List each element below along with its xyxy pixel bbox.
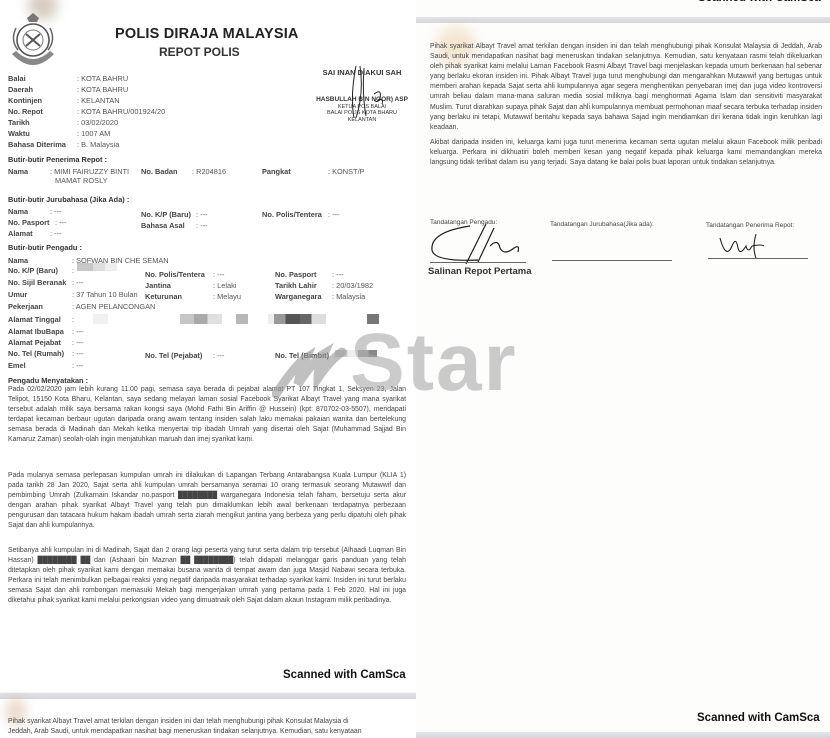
- value: : ---: [72, 361, 84, 370]
- value: : ---: [50, 207, 62, 216]
- page-divider: [416, 17, 830, 23]
- value: :: [72, 315, 74, 324]
- statement-paragraph-2: Pada mulanya semasa perlepasan kumpulan …: [8, 471, 406, 532]
- label: Bahasa Asal: [141, 221, 185, 230]
- value-tarikh: : 03/02/2020: [77, 118, 118, 127]
- redaction-block: [93, 314, 108, 324]
- signature-label-penerima: Tandatangan Penerima Repot:: [706, 222, 794, 229]
- label: Bahasa Diterima: [8, 140, 66, 149]
- receiver-signature-icon: [716, 232, 776, 260]
- value-no-repot: : KOTA BAHRU/001924/20: [77, 107, 165, 116]
- official-stamp: SAI INAN DIAKUI SAH HASBULLAH BIN NOOR) …: [312, 68, 412, 123]
- field-no-repot: No. Repot: [8, 107, 43, 116]
- redaction-block: [77, 263, 117, 271]
- page-divider: [416, 732, 830, 738]
- label: Alamat IbuBapa: [8, 327, 64, 336]
- label: No. Polis/Tentera: [262, 210, 322, 219]
- field-balai: Balai: [8, 74, 26, 83]
- signature-line: [430, 262, 526, 263]
- label: Keturunan: [145, 292, 182, 301]
- value-kontinjen: : KELANTAN: [77, 96, 120, 105]
- value-tarikh-lahir: : 20/03/1982: [332, 281, 373, 290]
- statement-paragraph-1: Pada 02/02/2020 jam lebih kurang 11.00 p…: [8, 385, 406, 446]
- label: Alamat Pejabat: [8, 338, 61, 347]
- value: : ---: [72, 278, 84, 287]
- label: Alamat: [8, 229, 33, 238]
- label: No. Pasport: [8, 218, 49, 227]
- statement-paragraph-4-repeat: Pihak syarikat Albayt Travel amat terkil…: [8, 717, 408, 736]
- label: Tarikh Lahir: [275, 281, 317, 290]
- signature-line: [708, 258, 808, 259]
- police-crest-icon: [6, 12, 60, 70]
- value-daerah: : KOTA BAHRU: [77, 85, 128, 94]
- value: : ---: [328, 210, 340, 219]
- value-no-badan: : R204816: [192, 167, 226, 176]
- value: : ---: [213, 351, 225, 360]
- value: : ---: [196, 221, 208, 230]
- section-pengadu: Butir-butir Pengadu :: [8, 243, 82, 252]
- signature-line: [552, 260, 672, 261]
- label: No. Tel (Rumah): [8, 349, 64, 358]
- value: : ---: [55, 218, 67, 227]
- value-pangkat: : KONST/P: [328, 167, 365, 176]
- page-divider: [0, 693, 416, 699]
- document-title: POLIS DIRAJA MALAYSIA: [115, 26, 299, 42]
- report-page-2: Scanned with CamSca Pihak syarikat Albay…: [416, 0, 830, 738]
- text-line: Jeddah, Arab Saudi, untuk mendapatkan na…: [8, 727, 408, 737]
- statement-paragraph-5: Akibat daripada insiden ini, keluarga ka…: [430, 138, 822, 168]
- camscanner-header: Scanned with CamSca: [698, 0, 821, 4]
- value-warganegara: : Malaysia: [332, 292, 365, 301]
- section-penerima: Butir-butir Penerima Repot :: [8, 155, 107, 164]
- label: Pekerjaan: [8, 302, 43, 311]
- value: :: [72, 266, 74, 275]
- salinan-repot-pertama: Salinan Repot Pertama: [428, 266, 531, 277]
- value: : ---: [72, 327, 84, 336]
- statement-paragraph-3: Setibanya ahli kumpulan ini di Madinah, …: [8, 546, 406, 607]
- field-daerah: Daerah: [8, 85, 33, 94]
- section-jurubahasa: Butir-butir Jurubahasa (Jika Ada) :: [8, 195, 129, 204]
- value-balai: : KOTA BAHRU: [77, 74, 128, 83]
- label: No. Pasport: [275, 270, 316, 279]
- camscanner-footer: Scanned with CamSca: [283, 669, 406, 681]
- label: No. Sijil Beranak: [8, 278, 66, 287]
- label: No. K/P (Baru): [8, 266, 58, 275]
- label: Waktu: [8, 129, 30, 138]
- value-penerima-nama: : MIMI FAIRUZZY BINTI: [50, 167, 129, 176]
- stamp-heading: SAI INAN DIAKUI SAH: [312, 68, 412, 77]
- value-bahasa-diterima: : B. Malaysia: [77, 140, 119, 149]
- signature-label-jurubahasa: Tandatangan Jurubahasa(Jika ada):: [550, 221, 654, 228]
- value-waktu: : 1007 AM: [77, 129, 110, 138]
- value: : ---: [72, 349, 84, 358]
- redaction-block: [335, 350, 377, 357]
- value-jantina: : Lelaki: [213, 281, 236, 290]
- label: Nama: [8, 167, 28, 176]
- label: Daerah: [8, 85, 33, 94]
- label: Nama: [8, 207, 28, 216]
- value: : ---: [72, 338, 84, 347]
- field-tarikh: Tarikh: [8, 118, 30, 127]
- label: Kontinjen: [8, 96, 42, 105]
- field-waktu: Waktu: [8, 129, 30, 138]
- redaction-block: [180, 314, 222, 324]
- label: No. Polis/Tentera: [145, 270, 205, 279]
- label: Pangkat: [262, 167, 291, 176]
- complainant-signature-icon: [424, 222, 534, 266]
- redaction-block: [236, 314, 248, 324]
- camscanner-footer: Scanned with CamSca: [697, 712, 820, 724]
- value: : ---: [196, 210, 208, 219]
- redaction-block: [367, 314, 379, 324]
- label: Warganegara: [275, 292, 322, 301]
- redaction-block: [268, 314, 326, 324]
- label: Jantina: [145, 281, 171, 290]
- label: Nama: [8, 256, 28, 265]
- label: No. Badan: [141, 167, 178, 176]
- value-umur: : 37 Tahun 10 Bulan: [72, 290, 138, 299]
- value: : ---: [50, 229, 62, 238]
- label: Alamat Tinggal: [8, 315, 61, 324]
- label: No. Repot: [8, 107, 43, 116]
- field-kontinjen: Kontinjen: [8, 96, 42, 105]
- statement-paragraph-4: Pihak syarikat Albayt Travel amat terkil…: [430, 42, 822, 133]
- text-line: Pihak syarikat Albayt Travel amat terkil…: [8, 717, 408, 727]
- label: No. Tel (Pejabat): [145, 351, 202, 360]
- value-keturunan: : Melayu: [213, 292, 241, 301]
- report-page-1: POLIS DIRAJA MALAYSIA REPOT POLIS Balai …: [0, 0, 416, 692]
- label: No. K/P (Baru): [141, 210, 191, 219]
- document-subtitle: REPOT POLIS: [159, 45, 240, 59]
- label: No. Tel (Bimbit): [275, 351, 329, 360]
- value: : ---: [213, 270, 225, 279]
- section-statement: Pengadu Menyatakan :: [8, 376, 88, 385]
- value: : ---: [332, 270, 344, 279]
- value-pekerjaan: : AGEN PELANCONGAN: [72, 302, 155, 311]
- report-page-3: Pihak syarikat Albayt Travel amat terkil…: [0, 693, 416, 738]
- label: Emel: [8, 361, 26, 370]
- label: Balai: [8, 74, 26, 83]
- label: Tarikh: [8, 118, 30, 127]
- field-bahasa-diterima: Bahasa Diterima: [8, 140, 66, 149]
- value-penerima-nama-2: MAMAT ROSLY: [55, 176, 108, 185]
- label: Umur: [8, 290, 27, 299]
